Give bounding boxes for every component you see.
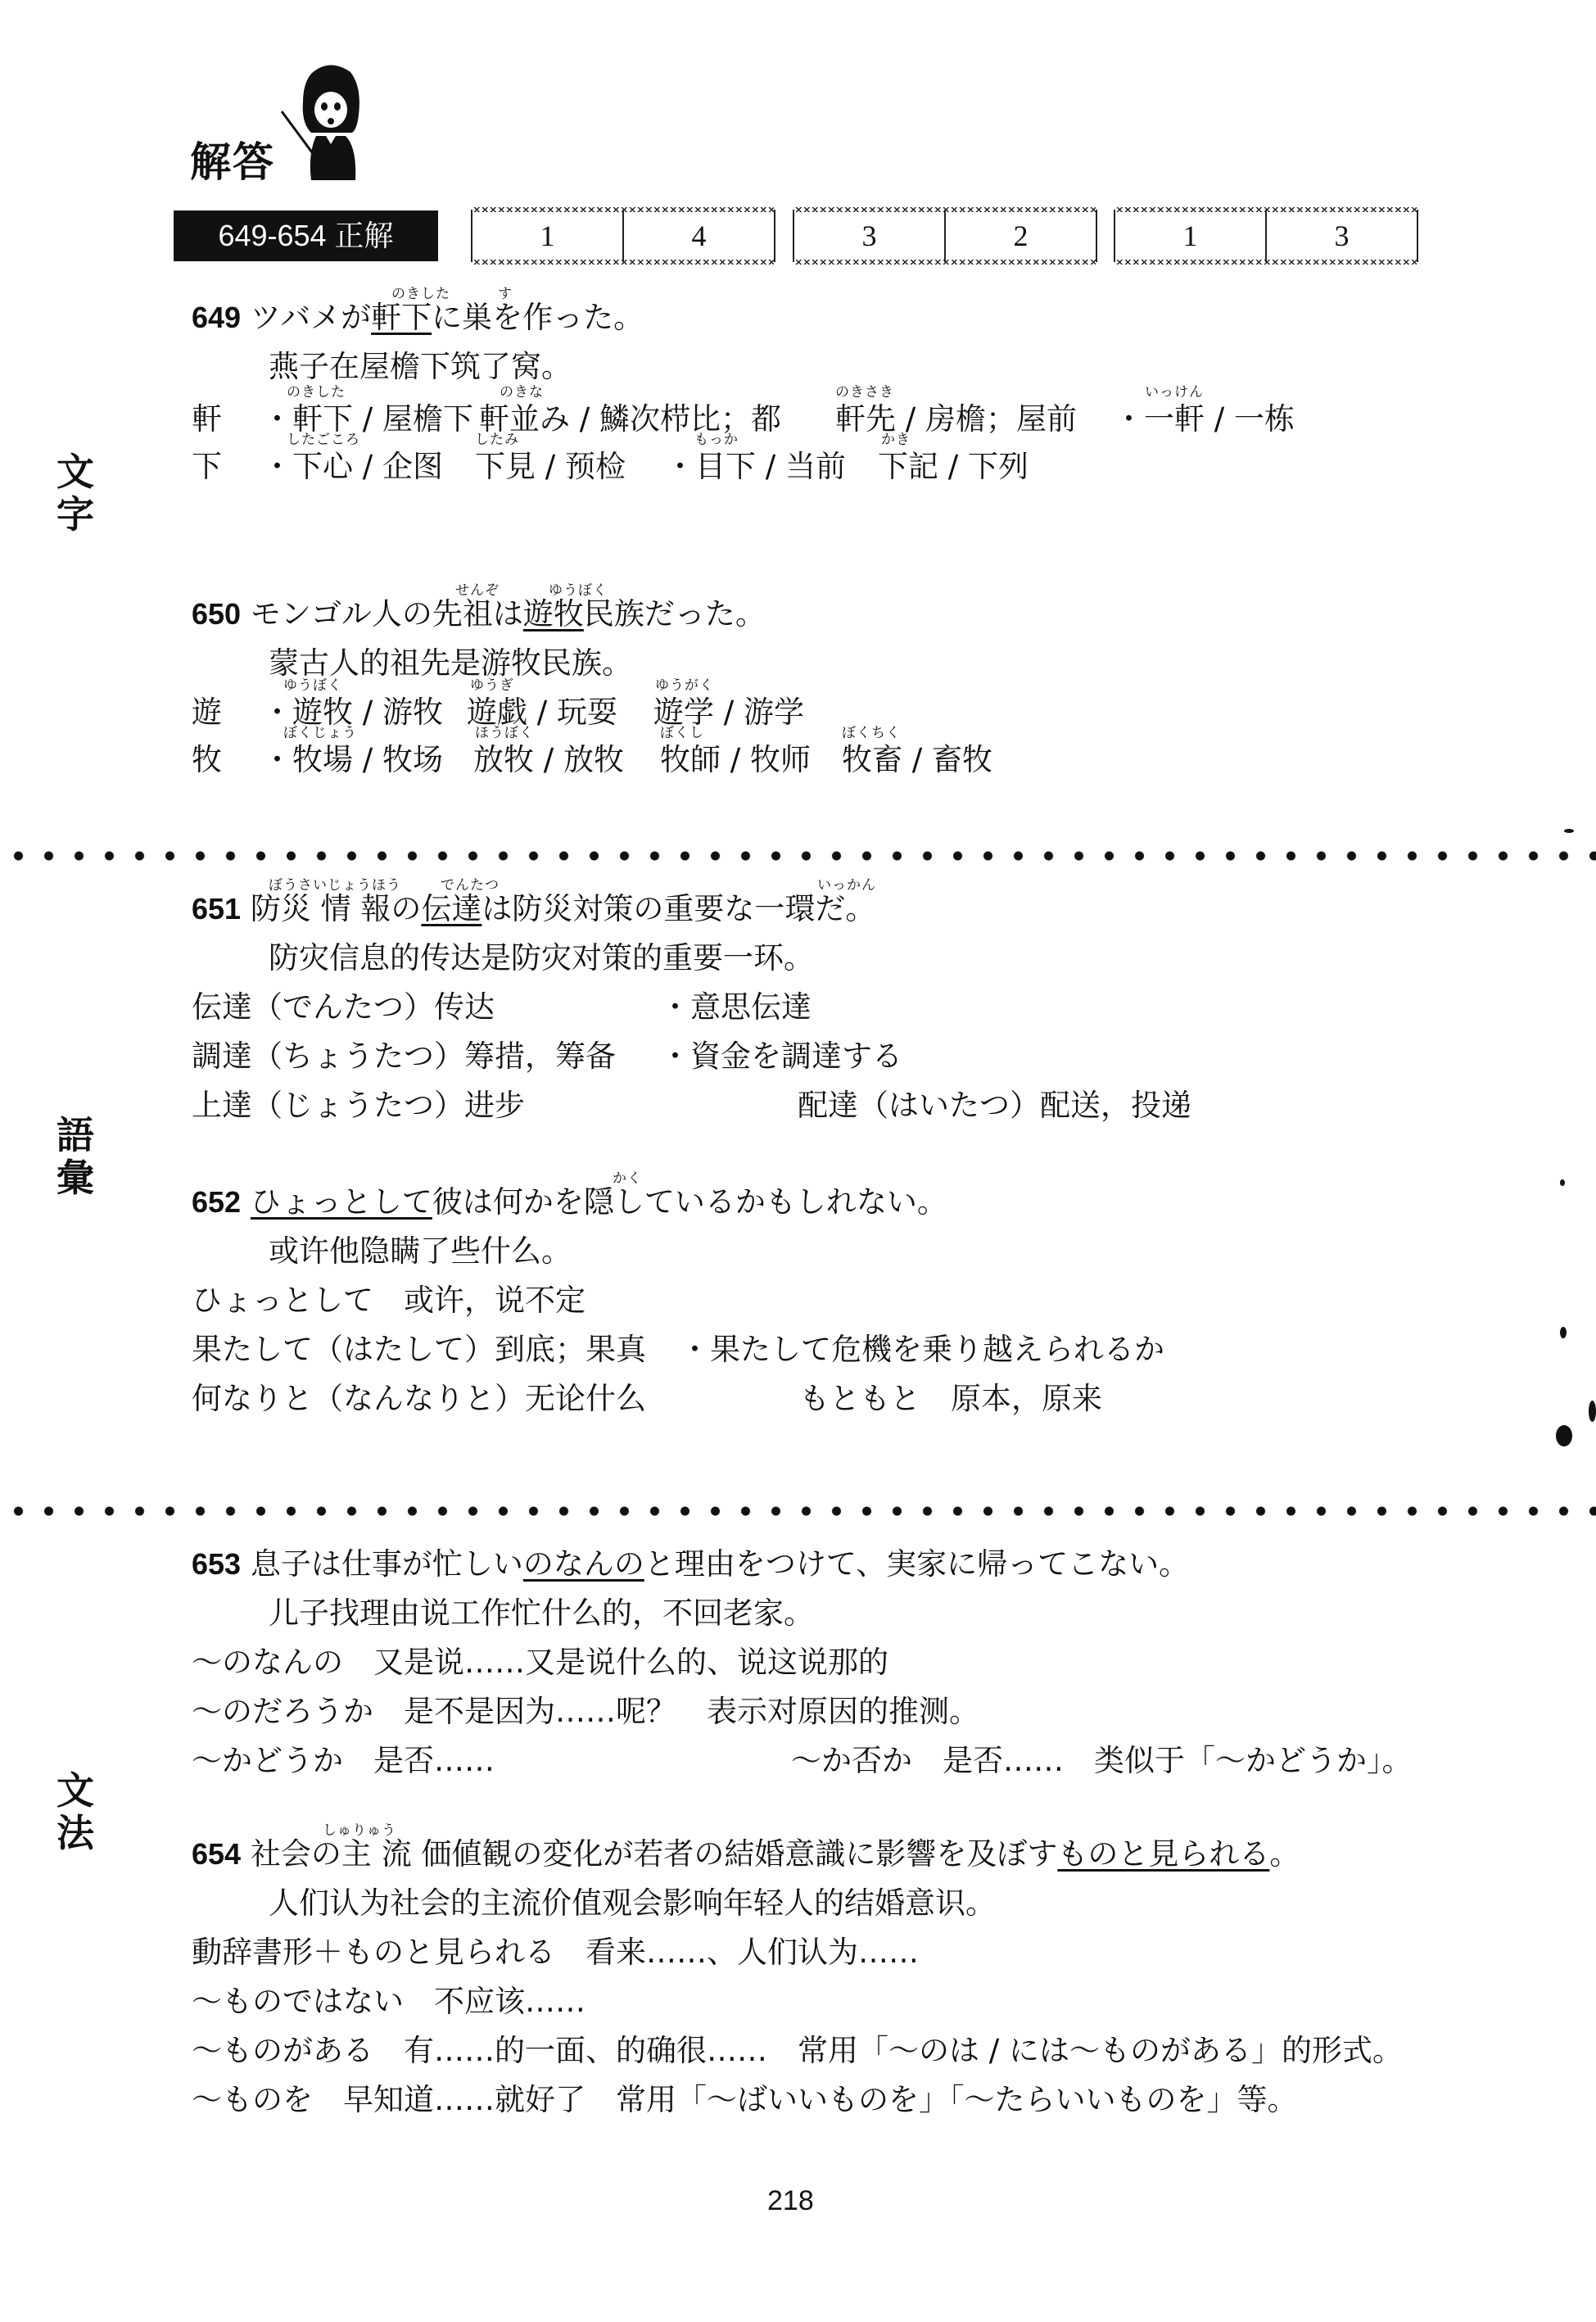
note-right: もともと 原本，原来 — [799, 1381, 1102, 1417]
scan-speck — [1564, 829, 1574, 833]
translation: 防灾信息的传达是防灾对策的重要一环。 — [269, 940, 814, 976]
translation: 儿子找理由说工作忙什么的，不回老家。 — [269, 1596, 814, 1632]
note-right: ・意思伝達 — [660, 989, 812, 1025]
target-word: 軒下 — [371, 300, 432, 335]
question-sentence: 654 社会の主 流 価値観の変化が若者の結婚意識に影響を及ぼすものと見られる。 — [192, 1836, 1300, 1872]
vocab-item: 下見 / 预检 — [475, 449, 626, 485]
question-sentence: 649 ツバメが軒下に巣を作った。 — [192, 300, 644, 336]
target-word: 伝達 — [421, 891, 482, 926]
question-sentence: 651 防災 情 報の伝達は防災対策の重要な一環だ。 — [192, 891, 875, 927]
note-left: ひょっとして 或许，说不定 — [192, 1283, 586, 1319]
answer-653: 1 — [1115, 210, 1265, 262]
section-divider — [0, 1505, 1596, 1517]
vocab-item: 軒先 / 房檐；屋前 — [835, 401, 1077, 437]
answer-range-badge: 649-654 正解 — [174, 210, 438, 261]
note-left: 伝達（でんたつ）传达 — [192, 989, 495, 1025]
note: ～ものではない 不应该…… — [192, 1984, 586, 2020]
answer-654: 3 — [1265, 210, 1417, 262]
question-sentence: 650 モンゴル人の先祖は遊牧民族だった。 — [192, 596, 766, 632]
page-number: 218 — [767, 2185, 814, 2217]
note-right: 配達（はいたつ）配送，投递 — [798, 1088, 1191, 1124]
note-left: 上達（じょうたつ）进步 — [192, 1088, 525, 1124]
vocab-item: 放牧 / 放牧 — [473, 742, 624, 778]
answer-650: 4 — [622, 210, 774, 262]
kanji-label: 軒 — [192, 401, 222, 437]
question-number: 653 — [192, 1547, 241, 1581]
answer-group-2: 3 2 — [793, 210, 1097, 262]
note: ～ものを 早知道……就好了 常用「～ばいいものを」「～たらいいものを」等。 — [192, 2082, 1298, 2118]
scan-speck — [1556, 1425, 1572, 1446]
vocab-item: 下記 / 下列 — [878, 449, 1029, 485]
note-left: ～のなんの 又是说……又是说什么的、说这说那的 — [192, 1645, 888, 1681]
vocab-item: ・一軒 / 一栋 — [1114, 401, 1295, 437]
note: 動辞書形＋ものと見られる 看来……、人们认为…… — [192, 1935, 919, 1971]
target-word: 遊牧 — [523, 596, 584, 631]
note-left: ～かどうか 是否…… — [192, 1743, 495, 1779]
note-left: 調達（ちょうたつ）筹措，筹备 — [192, 1039, 616, 1075]
target-word: ものと見られる — [1057, 1836, 1269, 1872]
note: ～ものがある 有……的一面、的确很…… 常用「～のは / には～ものがある」的形… — [192, 2033, 1403, 2069]
section-label-goi: 語彙 — [54, 1114, 97, 1199]
note-right: ～か否か 是否…… 类似于「～かどうか」。 — [791, 1743, 1413, 1779]
vocab-item: ・下心 / 企图 — [262, 449, 443, 485]
answer-group-3: 1 3 — [1114, 210, 1418, 262]
translation: 燕子在屋檐下筑了窝。 — [269, 349, 572, 385]
vocab-item: ・目下 / 当前 — [665, 449, 846, 485]
answer-group-1: 1 4 — [471, 210, 775, 262]
target-word: のなんの — [523, 1546, 644, 1582]
vocab-item: 牧畜 / 畜牧 — [842, 742, 992, 778]
question-number: 650 — [192, 597, 241, 631]
vocab-item: 牧師 / 牧师 — [660, 742, 811, 778]
section-label-bunpo: 文法 — [54, 1769, 97, 1854]
kanji-label: 牧 — [192, 742, 222, 778]
section-label-moji: 文字 — [54, 450, 97, 536]
question-sentence: 652 ひょっとして彼は何かを隠しているかもしれない。 — [192, 1184, 947, 1220]
note-left: 何なりと（なんなりと）无论什么 — [192, 1381, 646, 1417]
scan-speck — [1560, 1327, 1567, 1338]
note-left: ～のだろうか 是不是因为……呢？ 表示对原因的推测。 — [192, 1694, 979, 1730]
target-word: ひょっとして — [251, 1184, 432, 1220]
section-divider — [0, 850, 1596, 862]
question-number: 652 — [192, 1185, 241, 1219]
kanji-label: 下 — [192, 449, 222, 485]
question-sentence: 653 息子は仕事が忙しいのなんのと理由をつけて、実家に帰ってこない。 — [192, 1546, 1189, 1582]
translation: 蒙古人的祖先是游牧民族。 — [269, 645, 632, 681]
page-title: 解答 — [190, 129, 275, 188]
translation: 人们认为社会的主流价值观会影响年轻人的结婚意识。 — [269, 1885, 996, 1921]
answer-652: 2 — [944, 210, 1096, 262]
question-number: 651 — [192, 892, 241, 926]
scan-speck — [1589, 1401, 1596, 1422]
note-left: 果たして（はたして）到底；果真 — [192, 1332, 646, 1368]
teacher-mascot-icon — [278, 57, 385, 188]
scan-speck — [1560, 1179, 1565, 1186]
answer-651: 3 — [794, 210, 944, 262]
note-right: ・資金を調達する — [660, 1039, 902, 1075]
translation: 或许他隐瞒了些什么。 — [269, 1233, 572, 1270]
answer-649: 1 — [472, 210, 622, 262]
question-number: 654 — [192, 1837, 241, 1871]
kanji-label: 遊 — [192, 695, 222, 731]
note-right: ・果たして危機を乗り越えられるか — [680, 1332, 1164, 1368]
vocab-item: ・牧場 / 牧场 — [262, 742, 443, 778]
question-number: 649 — [192, 301, 241, 334]
